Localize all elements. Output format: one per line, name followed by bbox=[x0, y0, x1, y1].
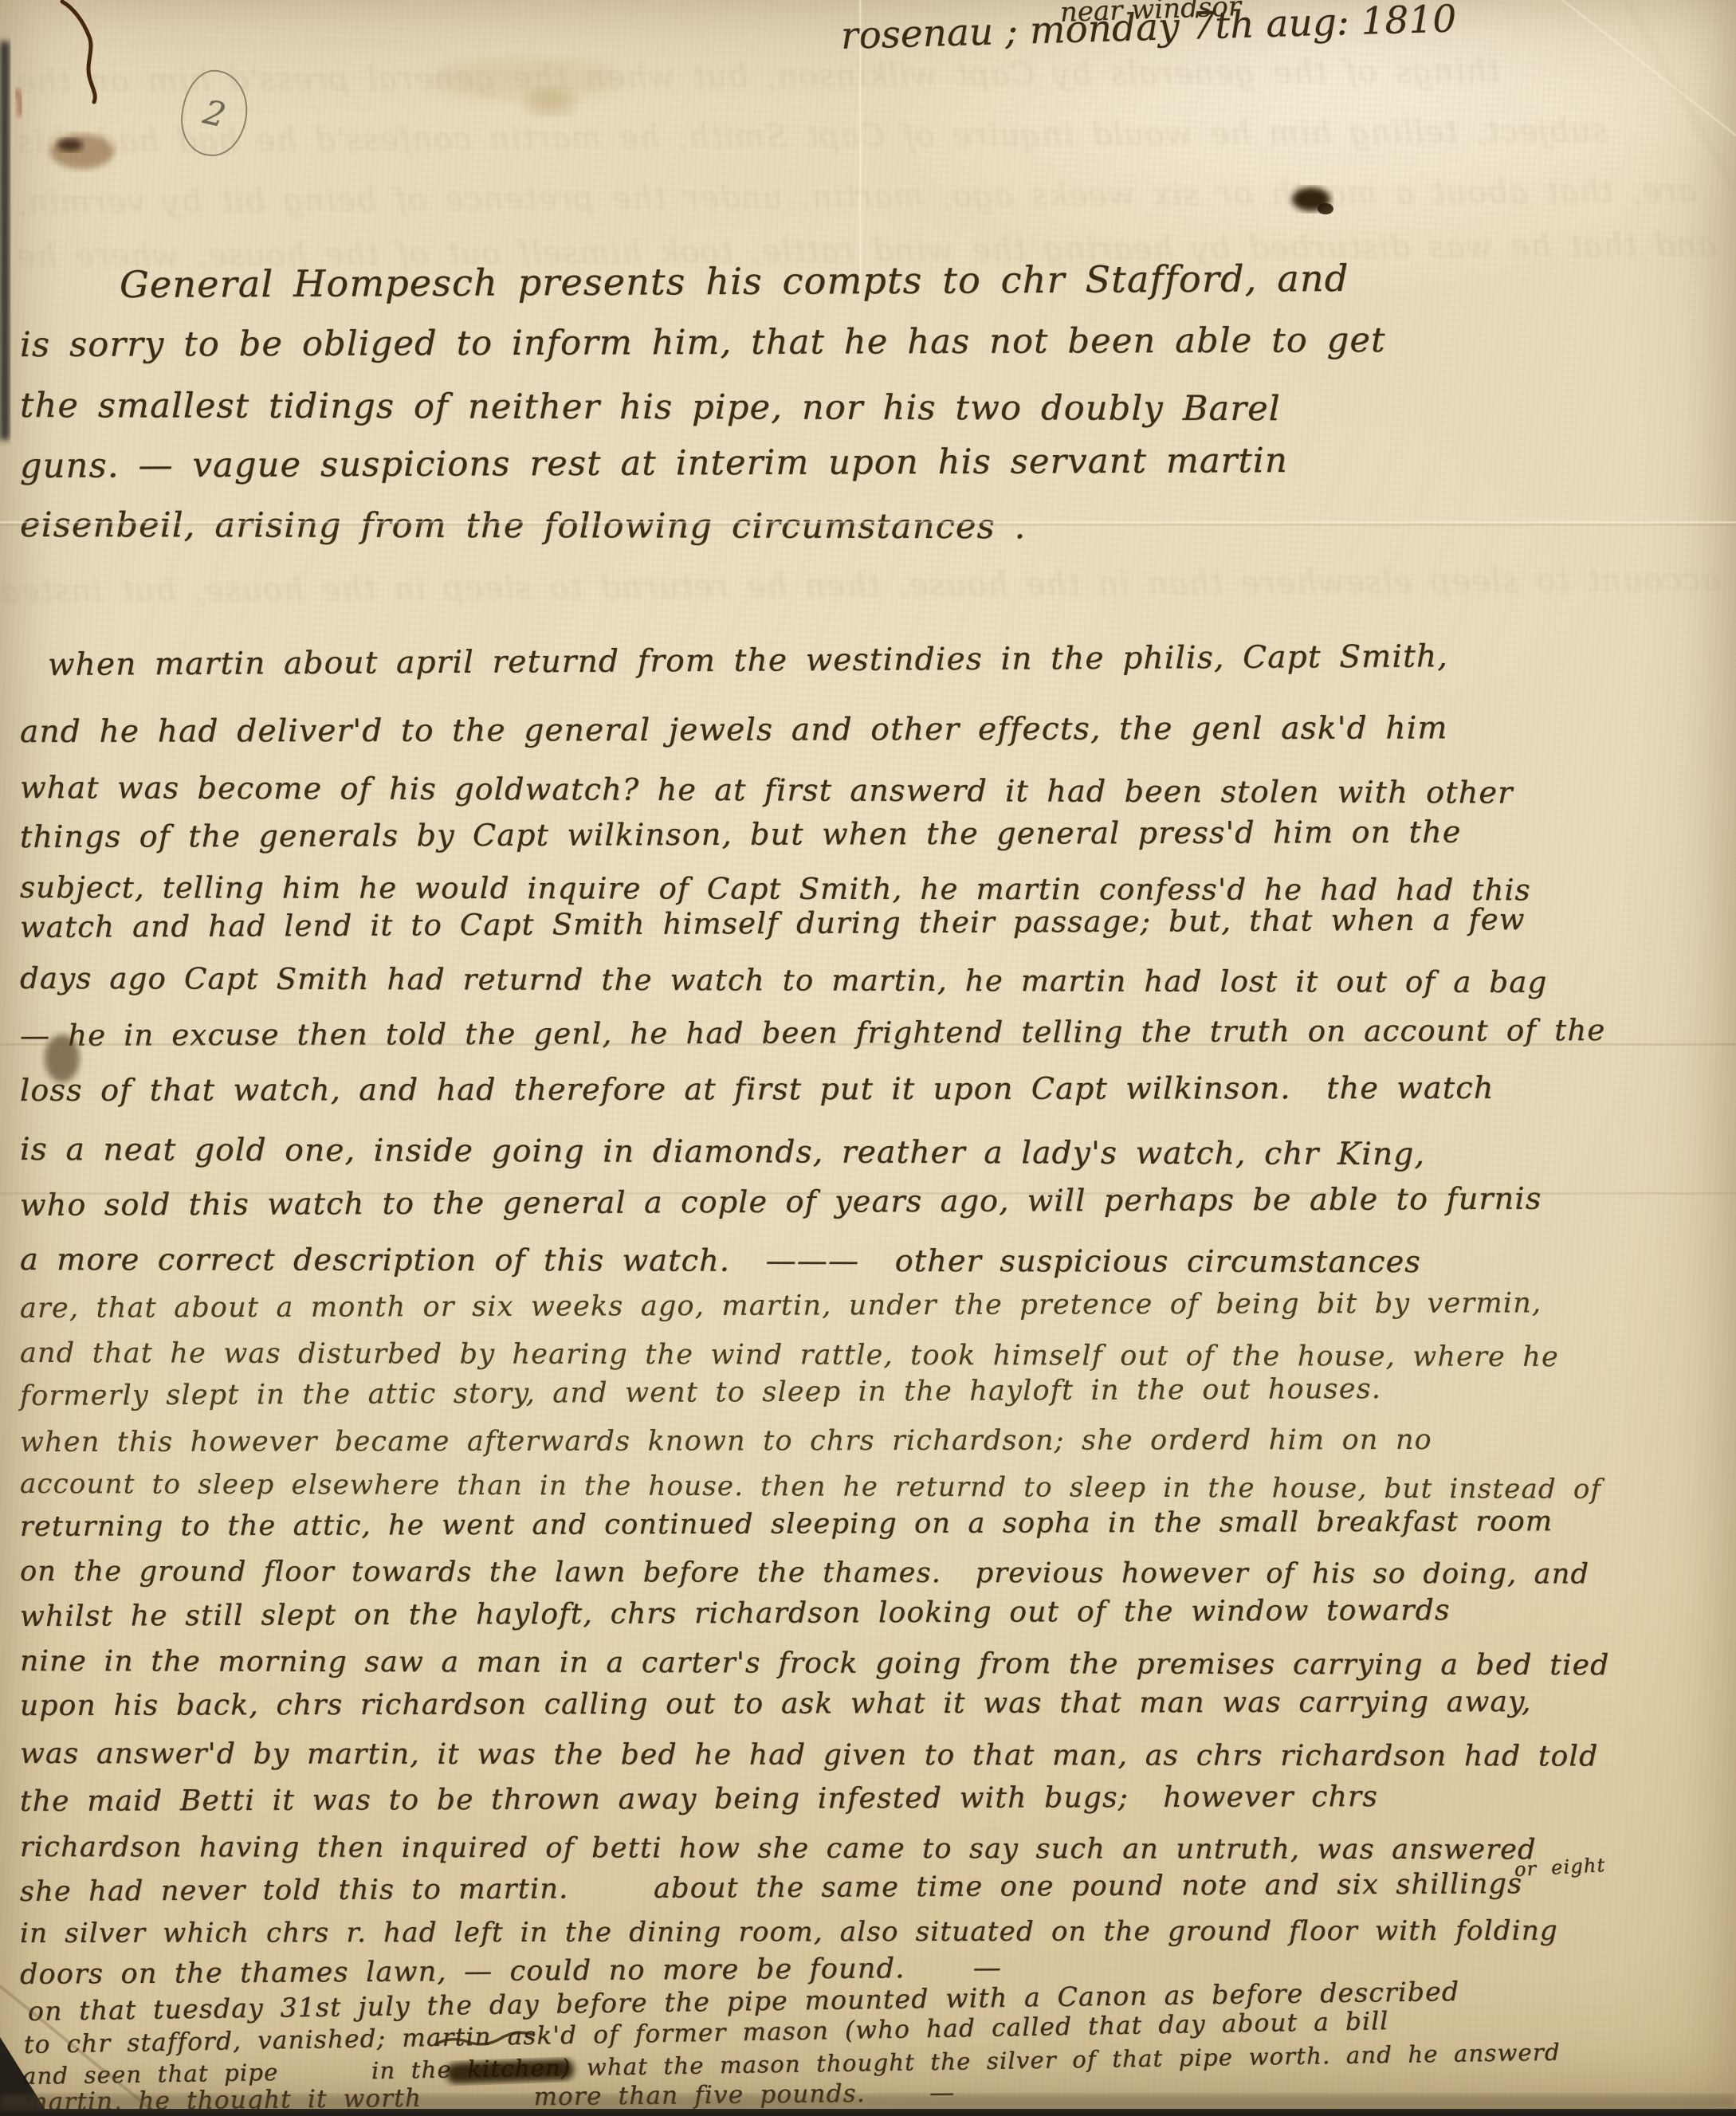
ink-blot bbox=[1318, 203, 1333, 214]
crease bbox=[0, 1192, 1736, 1195]
crease bbox=[1562, 0, 1736, 135]
scan-edge bbox=[0, 41, 10, 440]
red-mark bbox=[16, 89, 21, 116]
crease bbox=[859, 0, 862, 295]
letter-scan: things of the generals by Capt wilkinson… bbox=[0, 0, 1736, 2116]
ink-smudge bbox=[45, 1034, 80, 1082]
stain bbox=[50, 134, 114, 169]
crease bbox=[0, 524, 1736, 526]
crease bbox=[0, 521, 1736, 524]
paper-artifacts bbox=[0, 0, 1736, 2116]
crossed-out-word bbox=[446, 2059, 575, 2084]
ink-squiggle bbox=[62, 2, 95, 102]
interline-scribble bbox=[434, 2032, 535, 2045]
stain bbox=[57, 139, 83, 151]
crease bbox=[1626, 0, 1736, 191]
stain bbox=[430, 59, 622, 100]
scan-edge bbox=[0, 2094, 1736, 2110]
crease bbox=[0, 1043, 1736, 1046]
